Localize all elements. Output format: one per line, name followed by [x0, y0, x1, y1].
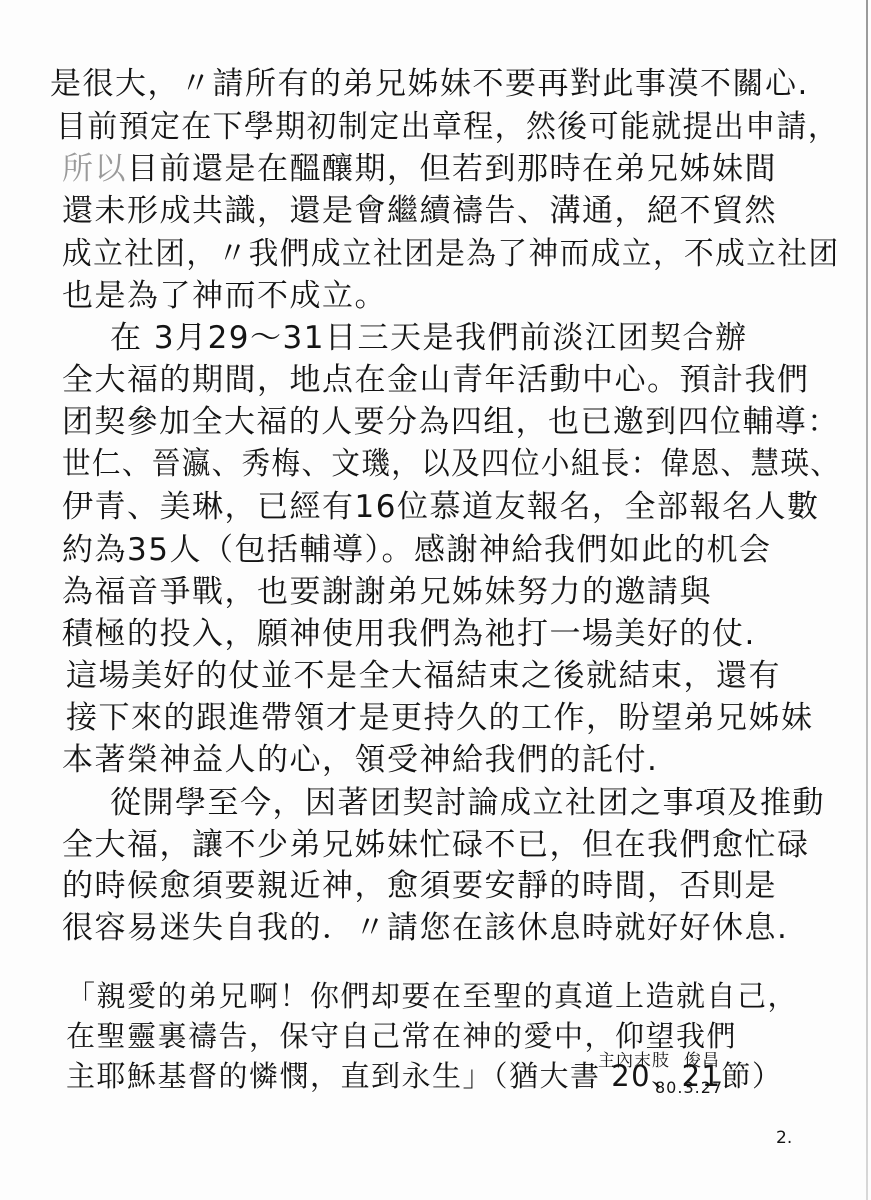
- scan-edge-line: [866, 0, 868, 1200]
- body-line-p2-5: 伊青、美琳，已經有16位慕道友報名，全部報名人數: [62, 487, 819, 527]
- body-line-p2-8: 積極的投入，願神使用我們為祂打一場美好的仗.: [62, 614, 756, 654]
- body-line-p2-1: 在 3月29～31日三天是我們前淡江团契合辦: [110, 318, 747, 358]
- body-line-p3-4: 很容易迷失自我的．〃請您在該休息時就好好休息.: [62, 908, 788, 948]
- body-line-p2-7: 為福音爭戰，也要謝謝弟兄姊妹努力的邀請與: [62, 572, 712, 612]
- body-line-p1-2: 目前預定在下學期初制定出章程，然後可能就提出申請，: [56, 107, 839, 147]
- signature: 主內末肢俊昌: [598, 1050, 720, 1072]
- body-line-p2-2: 全大福的期間，地点在金山青年活動中心。預計我們: [62, 360, 810, 400]
- body-line-p2-9: 這場美好的仗並不是全大福結束之後就結束，還有: [66, 656, 781, 696]
- body-line-p2-4: 世仁、晉瀛、秀梅、文璣，以及四位小組長：偉恩、慧瑛、: [62, 444, 840, 484]
- body-line-p1-3-rest: 目前還是在醞釀期，但若到那時在弟兄姊妹間: [127, 151, 777, 187]
- letter-page: 是很大，〃請所有的弟兄姊妹不要再對此事漠不關心. 目前預定在下學期初制定出章程，…: [0, 0, 871, 1200]
- body-line-p3-3: 的時候愈須要親近神，愈須要安靜的時間，否則是: [62, 866, 777, 906]
- faint-word: 所以: [62, 151, 127, 187]
- signature-title: 主內末肢: [598, 1051, 670, 1071]
- body-line-p1-1: 是很大，〃請所有的弟兄姊妹不要再對此事漠不關心.: [50, 64, 809, 104]
- body-line-p1-3: 所以目前還是在醞釀期，但若到那時在弟兄姊妹間: [62, 149, 777, 189]
- signature-date: 80.3.27: [655, 1078, 723, 1098]
- body-line-p3-1: 從開學至今，因著团契討論成立社团之事項及推動: [110, 783, 825, 823]
- body-line-p2-3: 团契參加全大福的人要分為四组，也已邀到四位輔導：: [62, 402, 840, 442]
- body-line-p2-6: 約為35人（包括輔導）。感謝神給我們如此的机会: [62, 530, 771, 570]
- body-line-p1-6: 也是為了神而不成立。: [62, 276, 387, 316]
- body-line-p2-10: 接下來的跟進帶領才是更持久的工作，盼望弟兄姊妹: [66, 698, 814, 738]
- signature-name: 俊昌: [684, 1051, 720, 1071]
- scripture-line-1: 「親愛的弟兄啊！你們却要在至聖的真道上造就自己，: [66, 976, 798, 1016]
- body-line-p1-5: 成立社团，〃我們成立社团是為了神而成立，不成立社团: [62, 234, 840, 274]
- page-number: 2.: [776, 1128, 792, 1148]
- body-line-p3-2: 全大福，讓不少弟兄姊妹忙碌不已，但在我們愈忙碌: [62, 825, 810, 865]
- body-line-p2-11: 本著榮神益人的心，領受神給我們的託付.: [62, 740, 658, 780]
- body-line-p1-4: 還未形成共識，還是會繼續禱告、溝通，絕不貿然: [62, 191, 777, 231]
